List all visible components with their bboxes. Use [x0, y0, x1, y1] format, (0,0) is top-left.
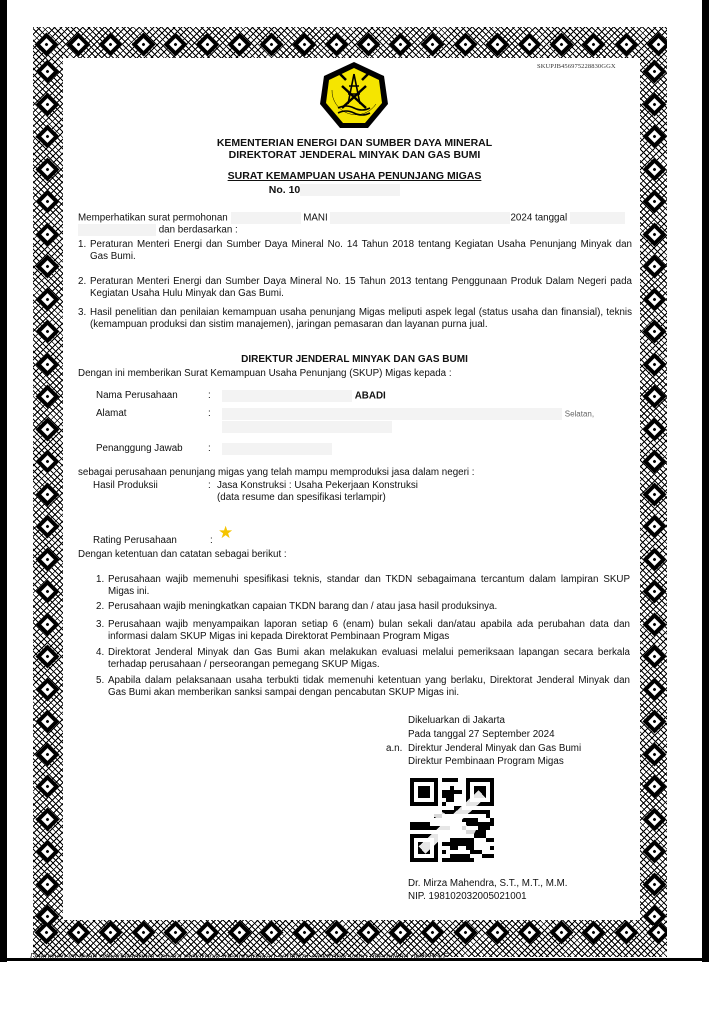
border-pattern-bottom	[33, 918, 667, 952]
border-diamond	[550, 920, 574, 944]
border-diamond	[35, 449, 59, 473]
border-diamond	[260, 920, 284, 944]
border-diamond	[35, 612, 59, 636]
intro-line-1: Memperhatikan surat permohonan MANI 2024…	[78, 212, 625, 225]
grant-sentence: Dengan ini memberikan Surat Kemampuan Us…	[78, 368, 452, 380]
border-diamond	[453, 32, 477, 56]
border-diamond	[642, 92, 666, 116]
border-diamond	[356, 32, 380, 56]
border-diamond	[642, 417, 666, 441]
redacted-company-prefix	[222, 390, 352, 402]
redacted-number	[300, 184, 400, 196]
border-diamond	[35, 59, 59, 83]
border-diamond	[260, 32, 284, 56]
serial-code: SKUPJB456975228830GGX	[537, 63, 616, 70]
rating-label: Rating Perusahaan	[93, 535, 177, 546]
address-value: Selatan,	[222, 408, 594, 420]
border-diamond	[517, 920, 541, 944]
border-diamond	[614, 920, 638, 944]
border-diamond	[35, 482, 59, 506]
address-fragment: Selatan,	[565, 410, 594, 419]
company-name-value: ABADI	[222, 390, 386, 402]
colon: :	[210, 535, 213, 546]
condition-number: 2.	[96, 601, 104, 613]
on-behalf: Direktur Jenderal Minyak dan Gas Bumi	[408, 743, 581, 755]
e-signature-note: Dokumen ini telah ditandatangani secara …	[30, 949, 449, 959]
border-diamond	[35, 222, 59, 246]
border-diamond	[642, 547, 666, 571]
issued-date: Pada tanggal 27 September 2024	[408, 729, 555, 741]
redacted-date	[570, 212, 625, 224]
border-diamond	[99, 32, 123, 56]
condition-number: 4.	[96, 647, 104, 659]
intro-text-a: Memperhatikan surat permohonan	[78, 213, 228, 224]
border-diamond	[35, 417, 59, 441]
capability-sentence: sebagai perusahaan penunjang migas yang …	[78, 467, 474, 479]
border-diamond	[517, 32, 541, 56]
border-diamond	[582, 32, 606, 56]
border-diamond	[195, 32, 219, 56]
responsible-value	[222, 443, 332, 455]
condition-item: Perusahaan wajib menyampaikan laporan se…	[108, 619, 630, 643]
border-diamond	[453, 920, 477, 944]
esdm-logo-icon	[318, 60, 390, 132]
border-diamond	[35, 287, 59, 311]
border-diamond	[389, 920, 413, 944]
border-diamond	[642, 384, 666, 408]
border-diamond	[35, 254, 59, 278]
border-diamond	[324, 32, 348, 56]
condition-item: Direktorat Jenderal Minyak dan Gas Bumi …	[108, 647, 630, 671]
border-diamond	[67, 920, 91, 944]
border-diamond	[35, 709, 59, 733]
redacted-address-2	[222, 421, 392, 433]
border-diamond	[35, 774, 59, 798]
rating-star-icon: ★	[218, 524, 233, 541]
border-diamond	[389, 32, 413, 56]
certificate-page: SKUPJB456975228830GGX KEMENTERIAN ENERGI…	[0, 0, 709, 960]
condition-item: Apabila dalam pelaksanaan usaha terbukti…	[108, 675, 630, 699]
border-diamond	[163, 32, 187, 56]
colon: :	[208, 480, 211, 491]
border-diamond	[67, 32, 91, 56]
border-diamond	[195, 920, 219, 944]
border-diamond	[35, 807, 59, 831]
ministry-heading: KEMENTERIAN ENERGI DAN SUMBER DAYA MINER…	[0, 137, 709, 149]
basis-item: Hasil penelitian dan penilaian kemampuan…	[90, 307, 632, 331]
basis-item: Peraturan Menteri Energi dan Sumber Daya…	[90, 276, 632, 300]
redacted-applicant	[231, 212, 301, 224]
company-name-text: ABADI	[355, 391, 386, 402]
border-diamond	[35, 677, 59, 701]
border-diamond	[35, 904, 59, 925]
border-pattern-top	[33, 30, 667, 60]
border-diamond	[642, 709, 666, 733]
border-diamond	[131, 920, 155, 944]
border-diamond	[642, 579, 666, 603]
border-diamond	[228, 920, 252, 944]
signer-name: Dr. Mirza Mahendra, S.T., M.T., M.M.	[408, 878, 568, 890]
authority-heading: DIREKTUR JENDERAL MINYAK DAN GAS BUMI	[0, 354, 709, 365]
company-name-label: Nama Perusahaan	[96, 390, 178, 401]
basis-item: Peraturan Menteri Energi dan Sumber Daya…	[90, 239, 632, 263]
qr-code-signature[interactable]	[410, 778, 494, 862]
border-diamond	[642, 319, 666, 343]
border-diamond	[550, 32, 574, 56]
border-diamond	[35, 872, 59, 896]
border-diamond	[642, 839, 666, 863]
border-diamond	[324, 920, 348, 944]
signer-position: Direktur Pembinaan Program Migas	[408, 756, 564, 768]
border-diamond	[642, 774, 666, 798]
border-diamond	[421, 32, 445, 56]
document-number-prefix: No. 10	[269, 184, 301, 196]
border-diamond	[35, 839, 59, 863]
basis-number: 1.	[78, 239, 86, 251]
border-diamond	[35, 547, 59, 571]
condition-number: 1.	[96, 574, 104, 586]
border-diamond	[642, 254, 666, 278]
border-diamond	[642, 482, 666, 506]
production-note: (data resume dan spesifikasi terlampir)	[217, 492, 386, 503]
condition-item: Perusahaan wajib meningkatkan capaian TK…	[108, 601, 630, 613]
redacted-date-2	[78, 224, 156, 236]
intro-text-b: MANI	[303, 213, 328, 224]
border-diamond	[646, 32, 667, 56]
border-diamond	[292, 920, 316, 944]
border-diamond	[35, 514, 59, 538]
intro-line-2: dan berdasarkan :	[78, 224, 238, 237]
border-diamond	[34, 32, 58, 56]
border-diamond	[642, 872, 666, 896]
document-number: No. 10	[0, 184, 689, 196]
border-diamond	[35, 644, 59, 668]
border-diamond	[99, 920, 123, 944]
redacted-address	[222, 408, 562, 420]
border-diamond	[228, 32, 252, 56]
border-diamond	[642, 904, 666, 925]
directorate-heading: DIREKTORAT JENDERAL MINYAK DAN GAS BUMI	[0, 149, 709, 161]
redacted-letter-number	[330, 212, 510, 224]
conditions-intro: Dengan ketentuan dan catatan sebagai ber…	[78, 549, 287, 561]
border-diamond	[642, 449, 666, 473]
border-diamond	[614, 32, 638, 56]
border-diamond	[131, 32, 155, 56]
border-diamond	[642, 59, 666, 83]
redacted-responsible	[222, 443, 332, 455]
condition-number: 5.	[96, 675, 104, 687]
colon: :	[208, 443, 211, 454]
border-diamond	[642, 287, 666, 311]
address-line-2	[222, 421, 392, 433]
issued-place: Dikeluarkan di Jakarta	[408, 715, 505, 727]
production-label: Hasil Produksii	[93, 480, 158, 491]
border-diamond	[642, 644, 666, 668]
border-diamond	[163, 920, 187, 944]
border-diamond	[485, 920, 509, 944]
border-diamond	[35, 579, 59, 603]
border-diamond	[35, 92, 59, 116]
border-diamond	[421, 920, 445, 944]
colon: :	[208, 390, 211, 401]
signer-nip: NIP. 198102032005021001	[408, 891, 527, 903]
condition-item: Perusahaan wajib memenuhi spesifikasi te…	[108, 574, 630, 598]
intro-text-c: 2024 tanggal	[510, 213, 567, 224]
responsible-label: Penanggung Jawab	[96, 443, 183, 454]
border-diamond	[485, 32, 509, 56]
border-diamond	[356, 920, 380, 944]
border-diamond	[642, 742, 666, 766]
border-diamond	[642, 514, 666, 538]
condition-number: 3.	[96, 619, 104, 631]
border-diamond	[642, 222, 666, 246]
address-label: Alamat	[96, 408, 127, 419]
border-diamond	[642, 677, 666, 701]
border-diamond	[292, 32, 316, 56]
border-diamond	[35, 742, 59, 766]
border-diamond	[582, 920, 606, 944]
production-value: Jasa Konstruksi : Usaha Pekerjaan Konstr…	[217, 480, 418, 491]
border-diamond	[642, 807, 666, 831]
intro-text-basis: dan berdasarkan :	[159, 225, 238, 236]
colon: :	[208, 408, 211, 419]
border-diamond	[35, 384, 59, 408]
on-behalf-prefix: a.n.	[386, 743, 402, 755]
border-diamond	[35, 319, 59, 343]
document-title: SURAT KEMAMPUAN USAHA PENUNJANG MIGAS	[0, 170, 709, 182]
border-diamond	[642, 612, 666, 636]
basis-number: 2.	[78, 276, 86, 288]
basis-number: 3.	[78, 307, 86, 319]
